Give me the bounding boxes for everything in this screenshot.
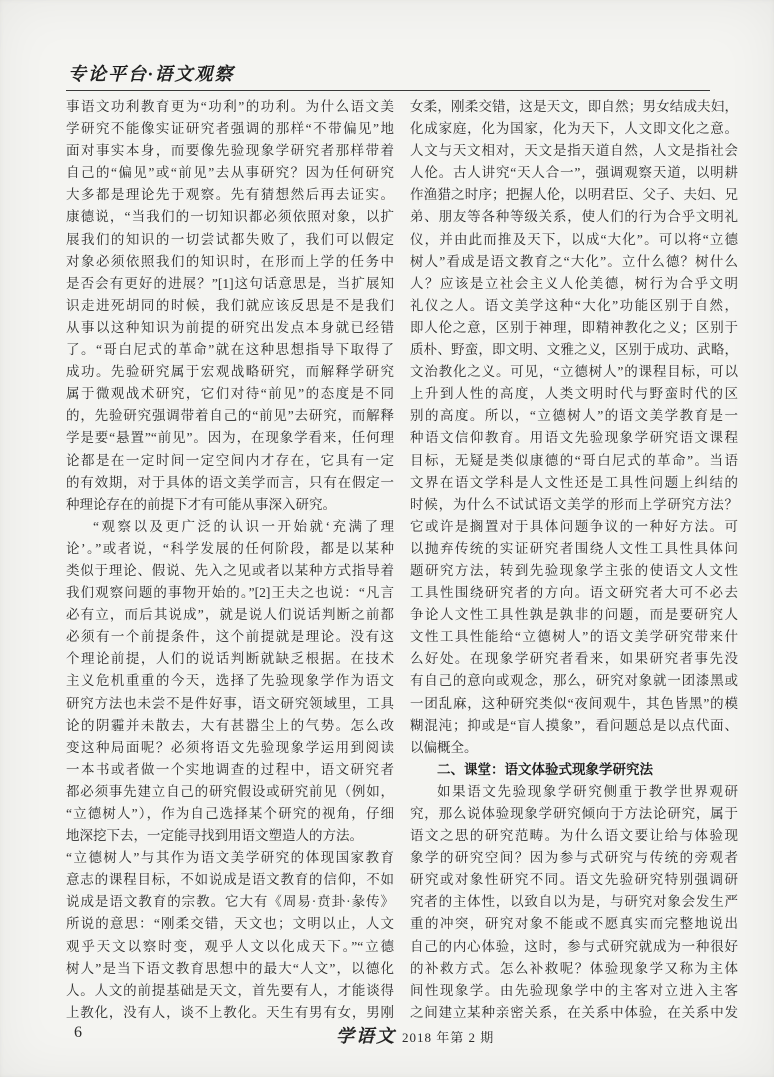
text-line: 观乎天文以察时变，观乎人文以化成天下。”“立德 [66, 936, 394, 958]
text-line: 属于微观战术研究，它们对待“前见”的态度是不同 [66, 383, 394, 405]
text-line: 学研究不能像实证研究者强调的那样“不带偏见”地 [66, 118, 394, 140]
text-line: 大多都是理论先于观察。先有猜想然后再去证实。 [66, 184, 394, 206]
text-line: 研究方法也未尝不是件好事，语文研究领域里，工具 [66, 693, 394, 715]
text-line: 个理论前提，人们的说话判断就缺乏根据。在技术 [66, 648, 394, 670]
text-line: 树人”是当下语文教育思想中的最大“人文”，以德化 [66, 958, 394, 980]
text-line: 时候，为什么不试试语文美学的形而上学研究方法？ [410, 494, 738, 516]
text-line: 争论人文性工具性孰是孰非的问题，而是要研究人 [410, 604, 738, 626]
text-line: 文治教化之义。可见，“立德树人”的课程目标，可以 [410, 361, 738, 383]
page-number: 6 [74, 1024, 82, 1042]
section-heading: 二、课堂：语文体验式现象学研究法 [410, 759, 738, 781]
right-column-block1: 女柔，刚柔交错，这是天文，即自然；男女结成夫妇，化成家庭，化为国家，化为天下，人… [410, 96, 738, 759]
text-line: 我们观察问题的事物开始的。”[2]王夫之也说：“凡言 [66, 582, 394, 604]
text-line: 主义危机重重的今天，选择了先验现象学作为语文 [66, 670, 394, 692]
text-line: 必有立，而后其说成”，就是说人们说话判断之前都 [66, 604, 394, 626]
text-line: 化成家庭，化为国家，化为天下，人文即文化之意。 [410, 118, 738, 140]
text-line: 一团乱麻，这种研究类似“夜间观牛，其色皆黑”的模 [410, 693, 738, 715]
text-line: 糊混沌；抑或是“盲人摸象”，看问题总是以点代面、 [410, 715, 738, 737]
text-line: 目标，无疑是类似康德的“哥白尼式的革命”。当语 [410, 450, 738, 472]
text-line: 变这种局面呢？必须将语文先验现象学运用到阅读 [66, 737, 394, 759]
right-column: 女柔，刚柔交错，这是天文，即自然；男女结成夫妇，化成家庭，化为国家，化为天下，人… [410, 96, 738, 1024]
text-line: 事语文功利教育更为“功利”的功利。为什么语文美 [66, 96, 394, 118]
text-line: 么好处。在现象学研究者看来，如果研究者事先没 [410, 648, 738, 670]
text-line: 树人”看成是语文教育之“大化”。立什么德？树什么 [410, 251, 738, 273]
text-line: 的有效期，对于具体的语文美学而言，只有在假定一 [66, 472, 394, 494]
text-line: 上教化，没有人，谈不上教化。天生有男有女，男刚 [66, 1002, 394, 1024]
text-line: 所说的意思：“刚柔交错，天文也；文明以止，人文也。 [66, 913, 394, 935]
text-line: 质朴、野蛮，即文明、文雅之义，区别于成功、武略，即 [410, 339, 738, 361]
text-line: 以抛弃传统的实证研究者围绕人文性工具性具体问 [410, 538, 738, 560]
section-header: 专论平台·语文观察 [68, 60, 235, 86]
text-line: 必须有一个前提条件，这个前提就是理论。没有这 [66, 626, 394, 648]
text-line: 都必须事先建立自己的研究假设或研究前见（例如， [66, 781, 394, 803]
text-line: 以偏概全。 [410, 737, 738, 759]
text-line: 识走进死胡同的时候，我们就应该反思是不是我们 [66, 295, 394, 317]
text-line: 文性工具性能给“立德树人”的语文美学研究带来什 [410, 626, 738, 648]
text-line: 重的冲突，研究对象不能或不愿真实而完整地说出 [410, 913, 738, 935]
text-line: 弟、朋友等各种等级关系，使人们的行为合乎文明礼 [410, 206, 738, 228]
text-line: 仪，并由此而推及天下，以成“大化”。可以将“立德 [410, 229, 738, 251]
text-line: 即人伦之意，区别于神理，即精神教化之义；区别于 [410, 317, 738, 339]
left-column: 事语文功利教育更为“功利”的功利。为什么语文美学研究不能像实证研究者强调的那样“… [66, 96, 394, 1024]
text-line: 意志的课程目标，不如说成是语文教育的信仰，不如 [66, 869, 394, 891]
text-line: 论都是在一定时间一定空间内才存在，它具有一定 [66, 450, 394, 472]
text-line: 文界在语文学科是人文性还是工具性问题上纠结的 [410, 472, 738, 494]
text-line: 的，先验研究强调带着自己的“前见”去研究，而解释 [66, 405, 394, 427]
page-footer: 6 学语文 2018 年第 2 期 [0, 1022, 774, 1052]
text-line: 研究或对象性研究不同。语文先验研究特别强调研 [410, 869, 738, 891]
text-line: 象学的研究空间？因为参与式研究与传统的旁观者 [410, 847, 738, 869]
text-line: 如果语文先验现象学研究侧重于教学世界观研 [410, 781, 738, 803]
text-line: 成功。先验研究属于宏观战略研究，而解释学研究 [66, 361, 394, 383]
text-line: 面对事实本身，而要像先验现象学研究者那样带着 [66, 140, 394, 162]
article-columns: 事语文功利教育更为“功利”的功利。为什么语文美学研究不能像实证研究者强调的那样“… [66, 96, 738, 1024]
text-line: 的补救方式。怎么补救呢？体验现象学又称为主体 [410, 958, 738, 980]
text-line: 说成是语文教育的宗教。它大有《周易·贲卦·彖传》 [66, 891, 394, 913]
text-line: 女柔，刚柔交错，这是天文，即自然；男女结成夫妇， [410, 96, 738, 118]
text-line: “立德树人”），作为自己选择某个研究的视角，仔细 [66, 803, 394, 825]
text-line: “立德树人”与其作为语文美学研究的体现国家教育 [66, 847, 394, 869]
text-line: 地深挖下去，一定能寻找到用语文塑造人的方法。 [66, 825, 394, 847]
text-line: 礼仪之人。语文美学这种“大化”功能区别于自然， [410, 295, 738, 317]
text-line: 之间建立某种亲密关系，在关系中体验，在关系中发 [410, 1002, 738, 1024]
text-line: 人？应该是立社会主义人伦美德，树行为合乎文明 [410, 273, 738, 295]
text-line: 类似于理论、假说、先入之见或者以某种方式指导着 [66, 560, 394, 582]
text-line: 展我们的知识的一切尝试都失败了，我们可以假定 [66, 229, 394, 251]
text-line: 题研究方法，转到先验现象学主张的使语文人文性 [410, 560, 738, 582]
text-line: 康德说，“当我们的一切知识都必须依照对象，以扩 [66, 206, 394, 228]
text-line: 有自己的意向或观念，那么，研究对象就一团漆黑或 [410, 670, 738, 692]
text-line: 人伦。古人讲究“天人合一”，强调观察天道，以明耕 [410, 162, 738, 184]
journal-page: 专论平台·语文观察 事语文功利教育更为“功利”的功利。为什么语文美学研究不能像实… [0, 0, 774, 1077]
text-line: 论’。”或者说，“科学发展的任何阶段，都是以某种 [66, 538, 394, 560]
text-line: 它或许是搁置对于具体问题争议的一种好方法。可 [410, 516, 738, 538]
journal-logo: 学语文 [336, 1022, 396, 1048]
right-column-block2: 如果语文先验现象学研究侧重于教学世界观研究，那么说体验现象学研究倾向于方法论研究… [410, 781, 738, 1024]
text-line: 人文与天文相对，天文是指天道自然，人文是指社会 [410, 140, 738, 162]
text-line: 学是要“悬置”“前见”。因为，在现象学看来，任何理 [66, 427, 394, 449]
text-line: 作渔猎之时序；把握人伦，以明君臣、父子、夫妇、兄 [410, 184, 738, 206]
text-line: 间性现象学。由先验现象学中的主客对立进入主客 [410, 980, 738, 1002]
header-rule [66, 90, 710, 91]
text-line: 从事以这种知识为前提的研究出发点本身就已经错 [66, 317, 394, 339]
text-line: 上升到人性的高度，人类文明时代与野蛮时代的区 [410, 383, 738, 405]
text-line: 语文之思的研究范畴。为什么语文要让给与体验现 [410, 825, 738, 847]
text-line: 人。人文的前提基础是天文，首先要有人，才能谈得 [66, 980, 394, 1002]
text-line: 种语文信仰教育。用语文先验现象学研究语文课程 [410, 427, 738, 449]
text-line: 别的高度。所以，“立德树人”的语文美学教育是一 [410, 405, 738, 427]
text-line: 工具性围绕研究者的方向。语文研究者大可不必去 [410, 582, 738, 604]
text-line: 究，那么说体验现象学研究倾向于方法论研究，属于 [410, 803, 738, 825]
text-line: 种理论存在的前提下才有可能从事深入研究。 [66, 494, 394, 516]
issue-info: 2018 年第 2 期 [402, 1027, 494, 1046]
text-line: 自己的内心体验，这时，参与式研究就成为一种很好 [410, 936, 738, 958]
text-line: 了。“哥白尼式的革命”就在这种思想指导下取得了 [66, 339, 394, 361]
text-line: 论的阴霾并未散去，大有甚嚣尘上的气势。怎么改 [66, 715, 394, 737]
text-line: 一本书或者做一个实地调查的过程中，语文研究者 [66, 759, 394, 781]
journal-footer-label: 学语文 2018 年第 2 期 [336, 1022, 494, 1048]
text-line: 究者的主体性，以致自以为是，与研究对象会发生严 [410, 891, 738, 913]
text-line: 对象必须依照我们的知识时，在形而上学的任务中 [66, 251, 394, 273]
text-line: 自己的“偏见”或“前见”去从事研究？因为任何研究 [66, 162, 394, 184]
text-line: “观察以及更广泛的认识一开始就‘充满了理 [66, 516, 394, 538]
text-line: 是否会有更好的进展？”[1]这句话意思是，当扩展知 [66, 273, 394, 295]
